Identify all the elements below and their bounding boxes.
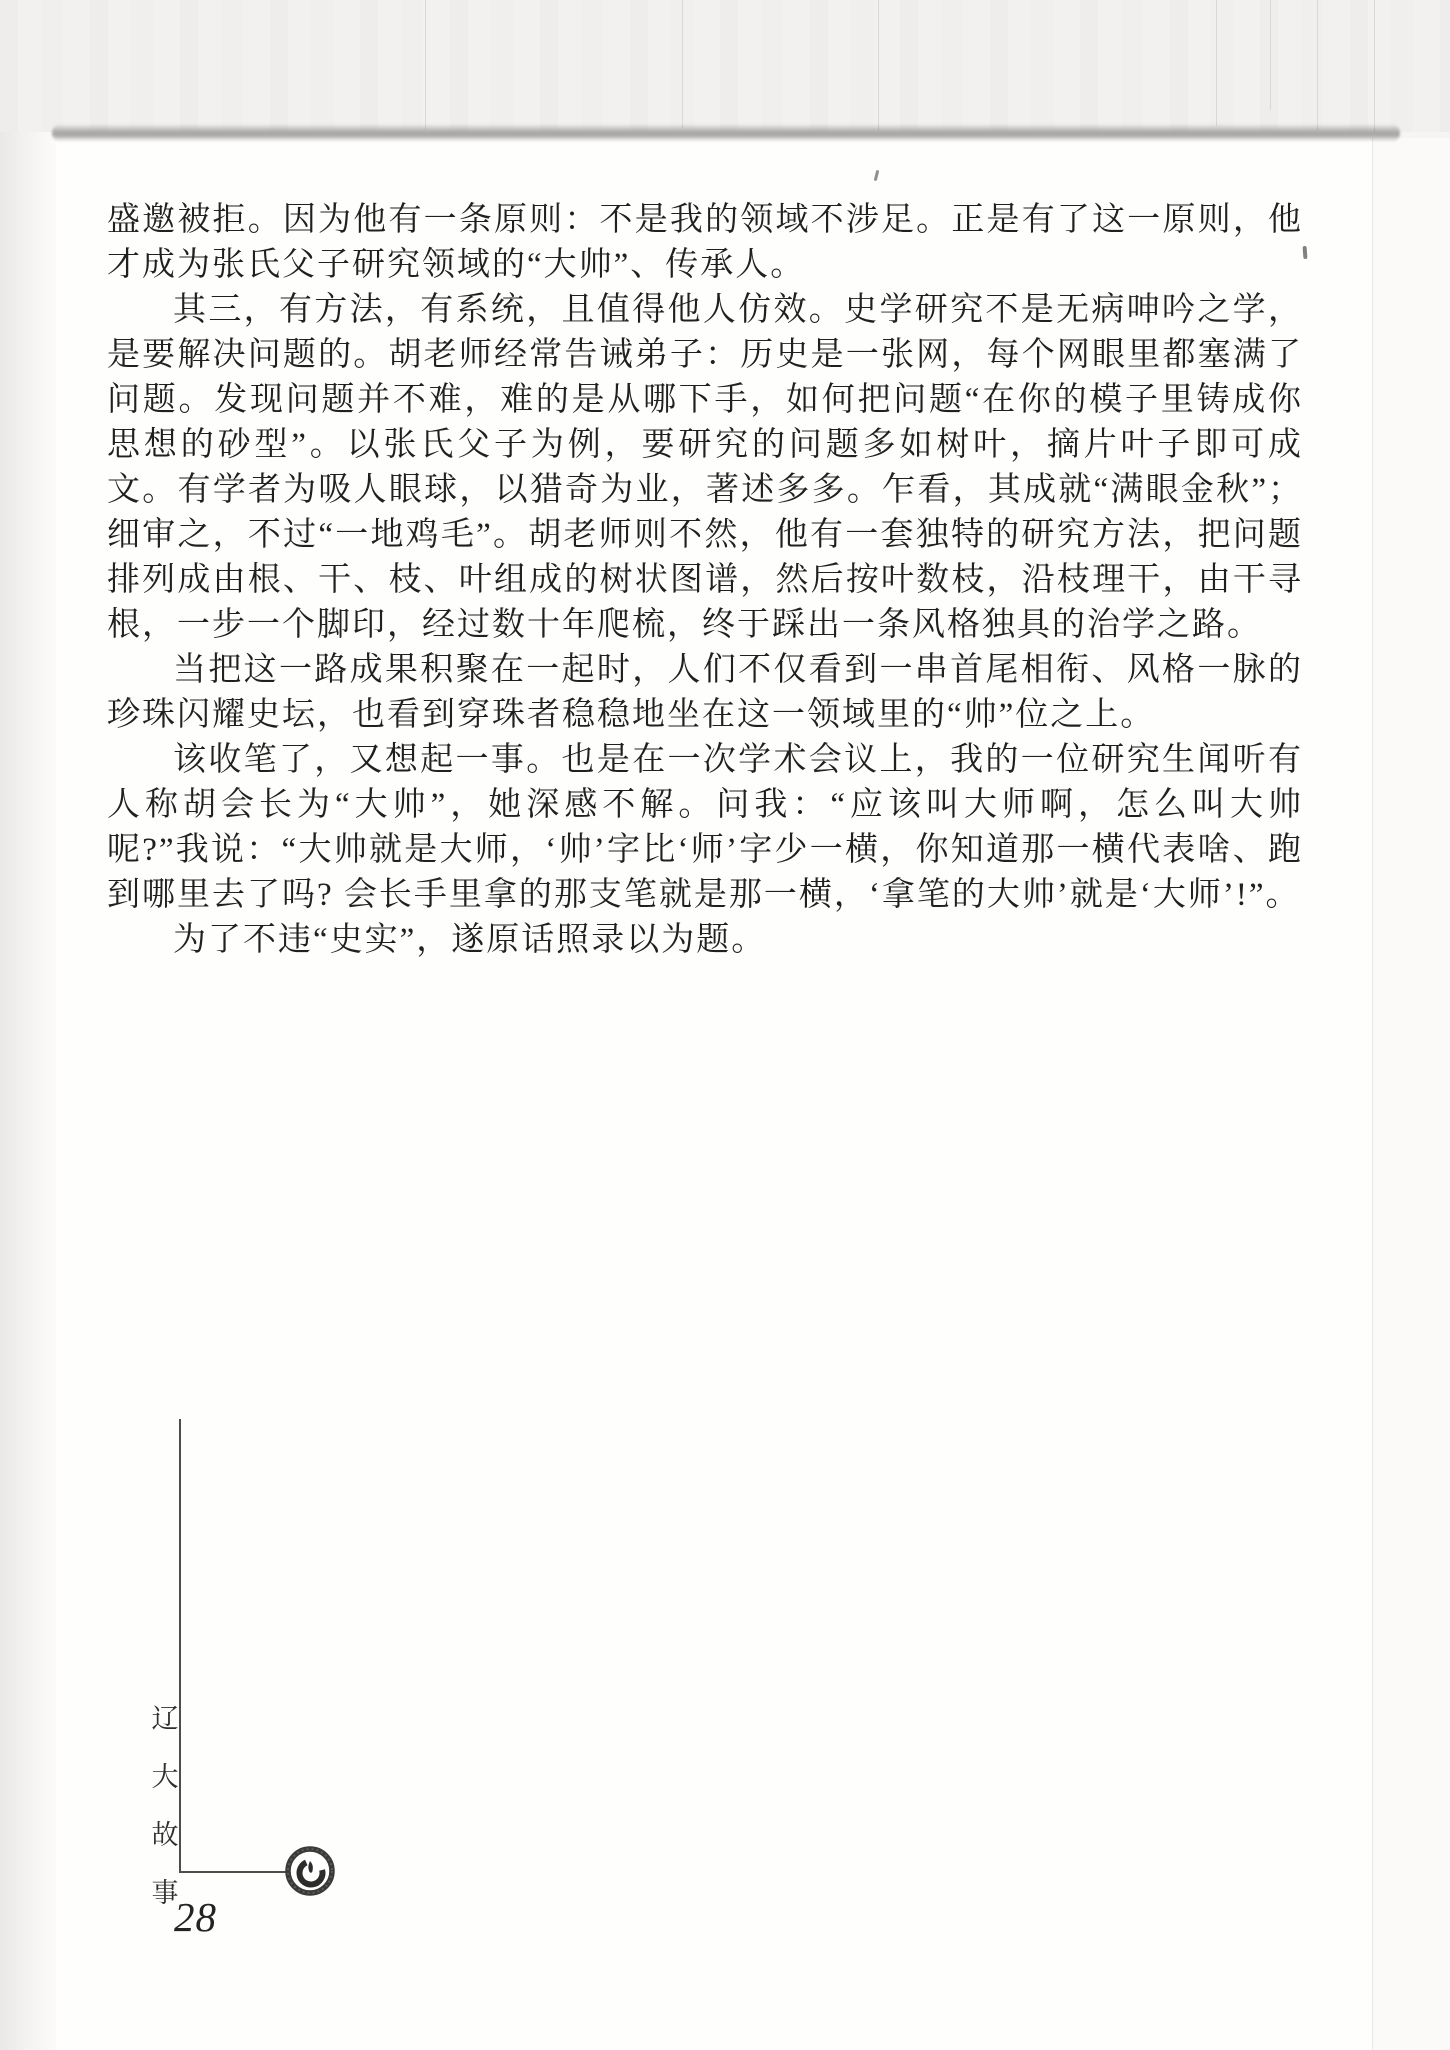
circular-seal-icon bbox=[283, 1844, 337, 1898]
paragraph: 当把这一路成果积聚在一起时，人们不仅看到一串首尾相衔、风格一脉的珍珠闪耀史坛，也… bbox=[107, 648, 1303, 738]
scan-left-gutter bbox=[0, 132, 56, 2050]
scan-streak bbox=[425, 0, 426, 130]
scan-speck bbox=[1303, 246, 1308, 259]
page-number: 28 bbox=[174, 1893, 217, 1941]
scan-streak bbox=[1374, 0, 1375, 132]
paragraph: 该收笔了，又想起一事。也是在一次学术会议上，我的一位研究生闻听有人称胡会长为“大… bbox=[107, 738, 1303, 918]
scan-streak bbox=[682, 0, 683, 128]
series-title-vertical: 辽 大 故 事 bbox=[148, 1697, 182, 1910]
scan-streak bbox=[878, 0, 879, 131]
sidebar-horizontal-rule bbox=[179, 1871, 289, 1873]
scan-streak bbox=[1216, 0, 1217, 126]
scan-streak bbox=[1317, 0, 1318, 130]
scan-streak bbox=[1270, 0, 1271, 110]
paragraph: 为了不违“史实”，遂原话照录以为题。 bbox=[107, 918, 1303, 963]
paragraph: 其三，有方法，有系统，且值得他人仿效。史学研究不是无病呻吟之学，是要解决问题的。… bbox=[107, 288, 1303, 648]
page-edge-shadow bbox=[52, 124, 1400, 142]
scan-right-gutter bbox=[1372, 138, 1450, 2050]
paragraph-continuation: 盛邀被拒。因为他有一条原则：不是我的领域不涉足。正是有了这一原则，他才成为张氏父… bbox=[107, 198, 1303, 288]
series-title-char: 大 bbox=[152, 1755, 179, 1794]
series-title-char: 故 bbox=[152, 1813, 179, 1852]
scan-top-band bbox=[0, 0, 1450, 132]
body-text: 盛邀被拒。因为他有一条原则：不是我的领域不涉足。正是有了这一原则，他才成为张氏父… bbox=[107, 198, 1303, 963]
series-title-char: 辽 bbox=[152, 1697, 179, 1736]
